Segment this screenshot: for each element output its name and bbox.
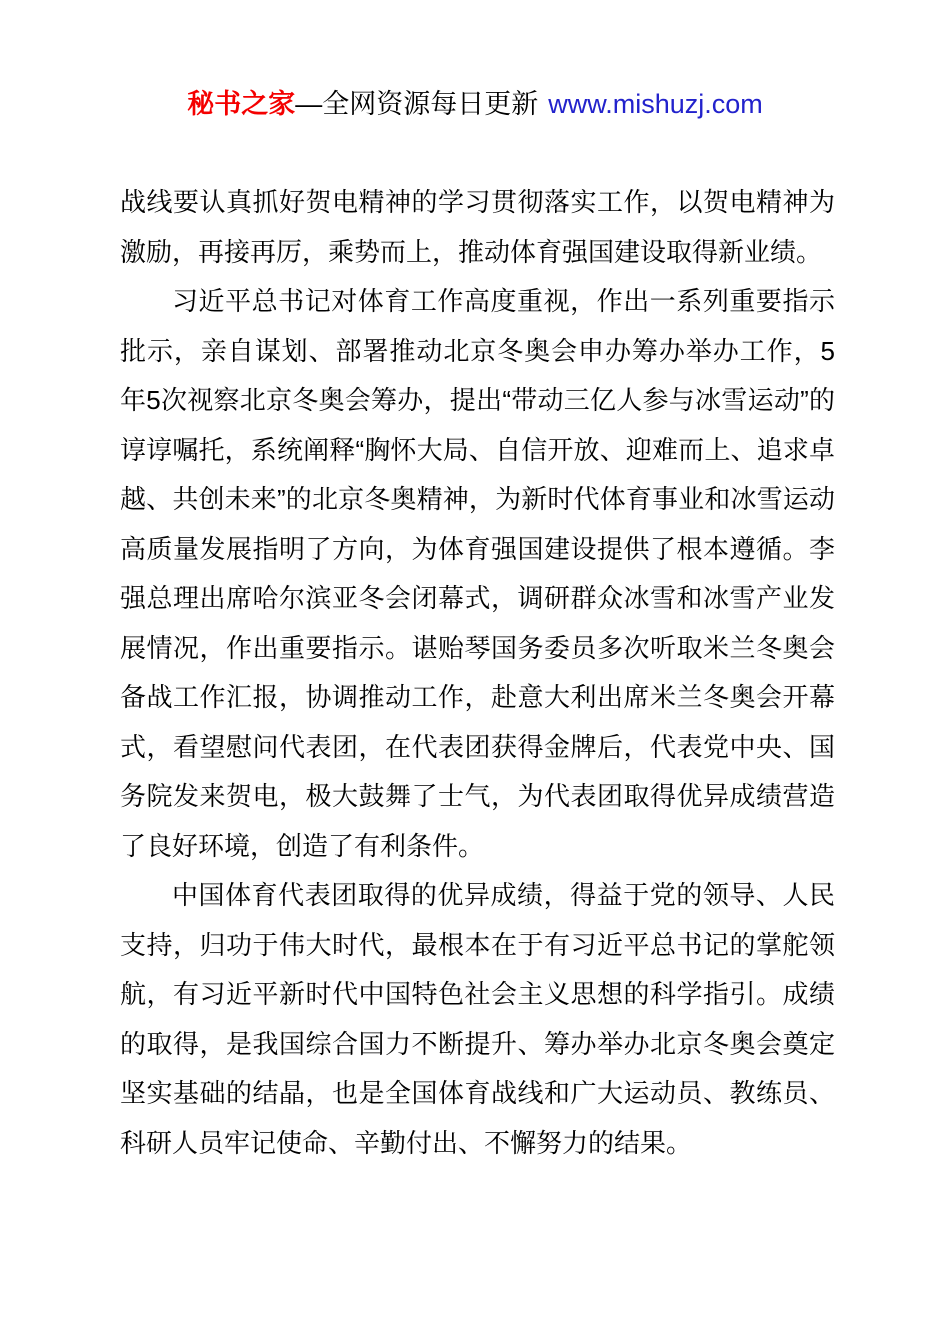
site-url-link[interactable]: www.mishuzj.com [548, 89, 763, 119]
body-paragraph-1: 战线要认真抓好贺电精神的学习贯彻落实工作，以贺电精神为激励，再接再厉，乘势而上，… [120, 178, 835, 277]
body-paragraph-2: 习近平总书记对体育工作高度重视，作出一系列重要指示批示，亲自谋划、部署推动北京冬… [120, 277, 835, 871]
document-page: 秘书之家—全网资源每日更新www.mishuzj.com 战线要认真抓好贺电精神… [0, 0, 950, 1344]
document-body: 战线要认真抓好贺电精神的学习贯彻落实工作，以贺电精神为激励，再接再厉，乘势而上，… [120, 178, 835, 1168]
site-header: 秘书之家—全网资源每日更新www.mishuzj.com [0, 0, 950, 124]
site-tagline: —全网资源每日更新 [295, 89, 538, 119]
body-paragraph-3: 中国体育代表团取得的优异成绩，得益于党的领导、人民支持，归功于伟大时代，最根本在… [120, 871, 835, 1168]
site-brand: 秘书之家 [187, 89, 295, 119]
